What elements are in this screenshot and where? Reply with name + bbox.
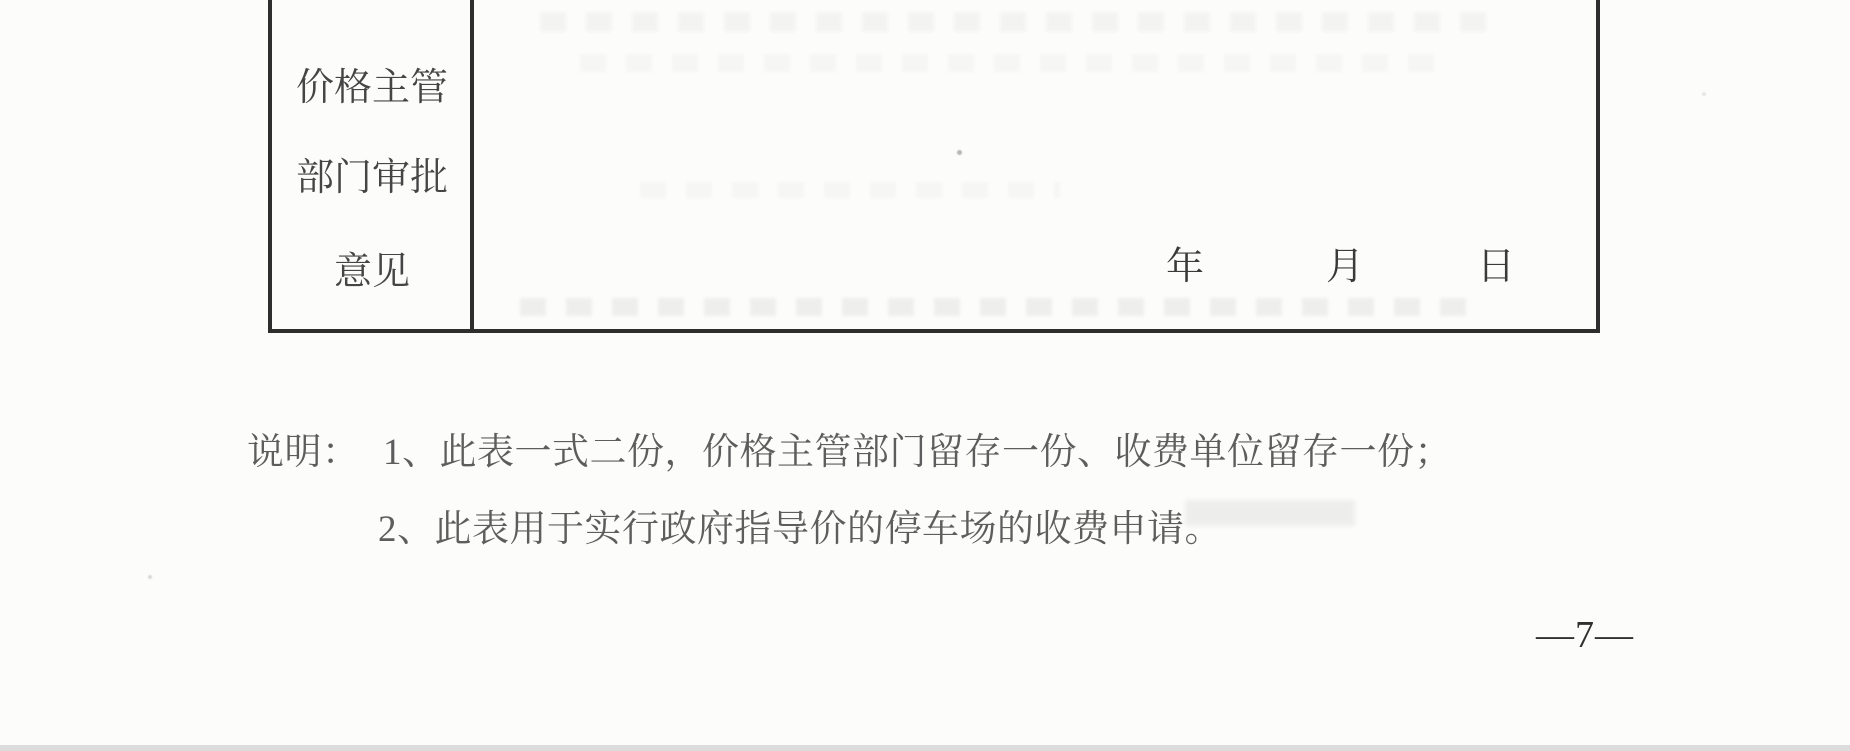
notes-label: 说明： bbox=[247, 433, 360, 473]
scan-speck bbox=[957, 150, 962, 155]
page-number: —7— bbox=[1536, 615, 1634, 655]
year-label: 年 bbox=[1166, 248, 1204, 286]
scanned-form-page: 价格主管 部门审批 意见 年 月 日 说明： 1、此表一式二份，价格主管部门留存… bbox=[0, 0, 1850, 751]
bleed-through-artifact bbox=[580, 54, 1440, 72]
bleed-through-artifact bbox=[640, 182, 1060, 198]
approval-opinion-line: 价格主管 bbox=[274, 69, 470, 107]
day-label: 日 bbox=[1477, 248, 1515, 286]
month-label: 月 bbox=[1326, 248, 1364, 286]
table-border-left bbox=[268, 0, 272, 333]
table-border-right bbox=[1596, 0, 1600, 333]
bleed-through-artifact bbox=[520, 298, 1470, 316]
approval-opinion-line: 意见 bbox=[274, 253, 470, 291]
scan-speck bbox=[1702, 92, 1706, 96]
scan-edge-strip bbox=[0, 745, 1850, 751]
scan-speck bbox=[148, 575, 152, 579]
bleed-through-artifact bbox=[540, 12, 1500, 32]
approval-opinion-line: 部门审批 bbox=[274, 159, 470, 197]
table-column-divider bbox=[470, 0, 474, 333]
bleed-through-artifact bbox=[1185, 500, 1355, 526]
note-item: 1、此表一式二份，价格主管部门留存一份、收费单位留存一份； bbox=[383, 433, 1452, 473]
note-item: 2、此表用于实行政府指导价的停车场的收费申请。 bbox=[378, 510, 1222, 550]
approval-opinion-cell: 价格主管 部门审批 意见 bbox=[274, 0, 470, 330]
